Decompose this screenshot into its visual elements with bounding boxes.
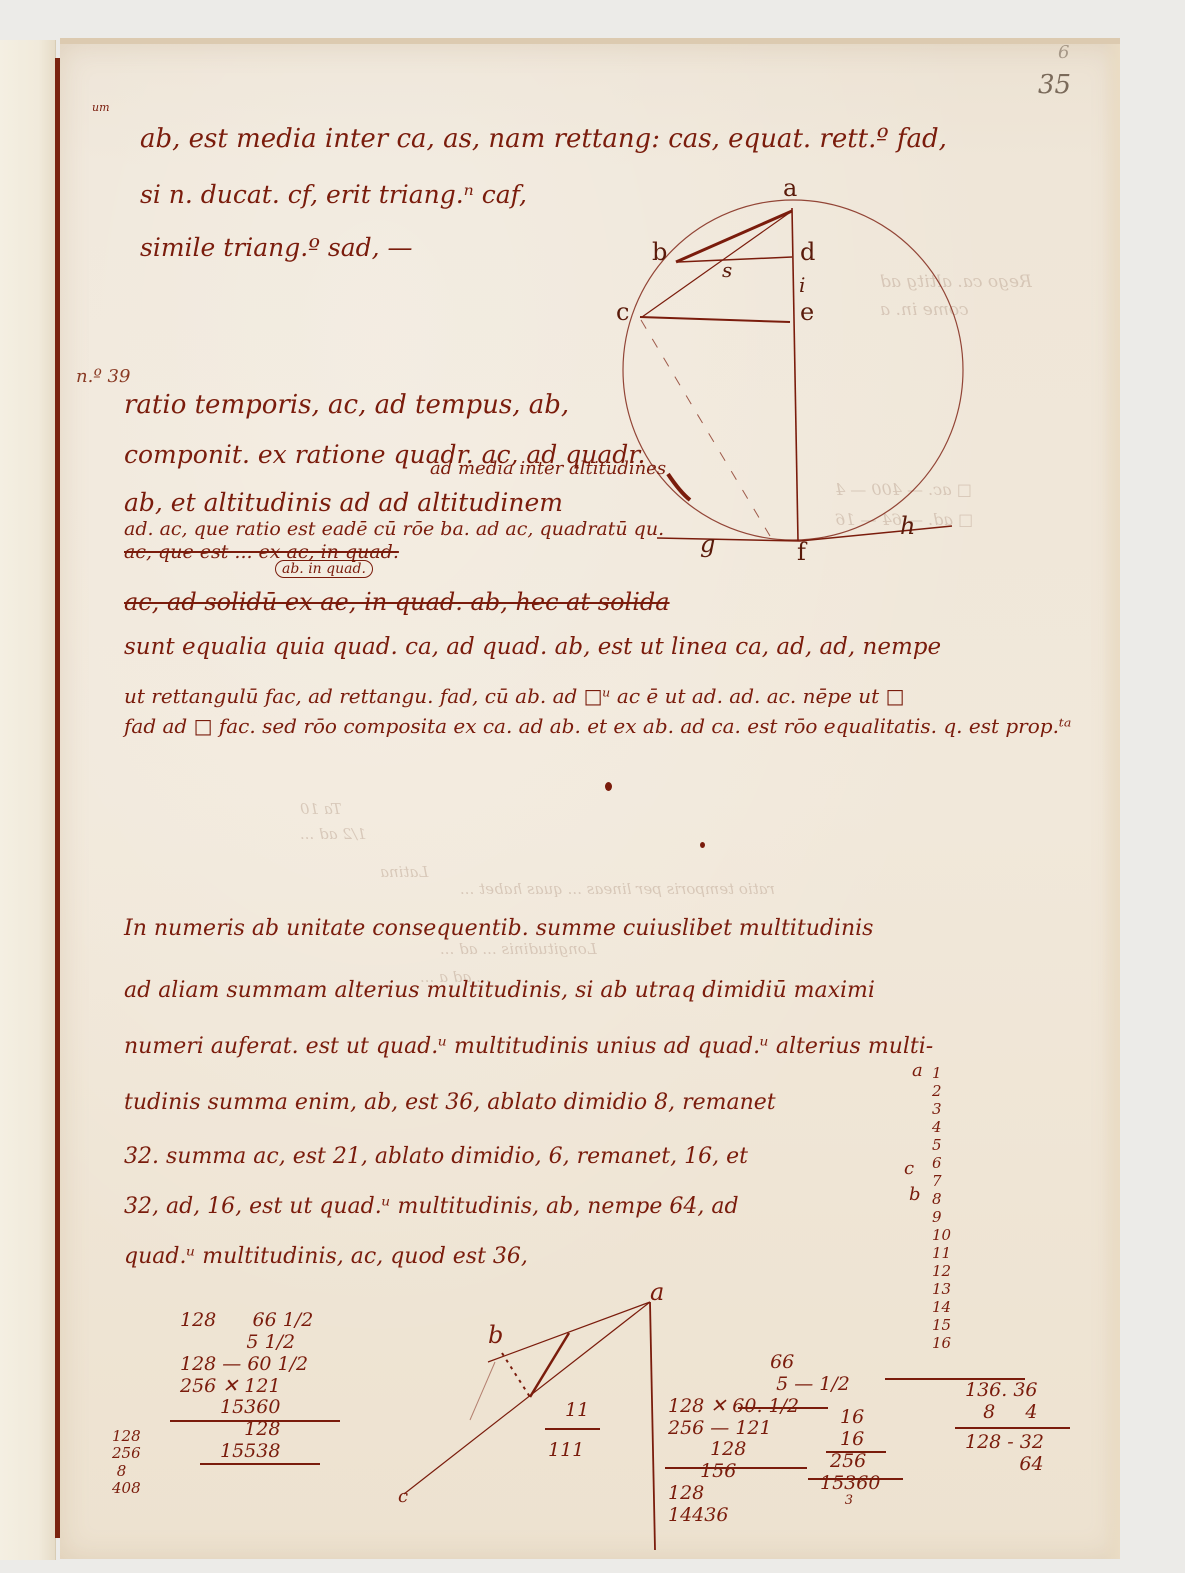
figure-label-a: a — [650, 1280, 664, 1304]
rule-line — [170, 1420, 340, 1422]
text-line: numeri auferat. est ut quad.ᵘ multitudin… — [124, 1036, 933, 1058]
section-marker: n.º 39 — [76, 368, 130, 386]
calc-line: 16 — [820, 1429, 880, 1451]
calc-line: 256 ✕ 121 — [180, 1376, 313, 1398]
calc-line: 66 — [668, 1352, 850, 1374]
point-label-d: d — [800, 240, 815, 264]
text-line: ad aliam summam alterius multitudinis, s… — [124, 980, 875, 1002]
figure-label-c: c — [398, 1488, 408, 1506]
number-item: 5 — [932, 1136, 962, 1154]
rule-line — [808, 1478, 903, 1480]
calc-line: 8 4 — [965, 1402, 1044, 1424]
number-item: 3 — [932, 1100, 962, 1118]
tally-top: 11 — [565, 1400, 589, 1422]
column-label-c: c — [904, 1160, 914, 1178]
number-item: 13 — [932, 1280, 962, 1298]
point-label-a: a — [783, 176, 797, 200]
calc-line: 5 1/2 — [180, 1332, 313, 1354]
boxed-insert: ab. in quad. — [275, 560, 373, 578]
point-label-e: e — [800, 300, 814, 324]
rule-line — [665, 1467, 807, 1469]
text-line: In numeris ab unitate consequentib. summ… — [124, 918, 873, 940]
calc-line: 128 - 32 — [965, 1432, 1044, 1454]
number-item: 2 — [932, 1082, 962, 1100]
text-line: 32. summa ac, est 21, ablato dimidio, 6,… — [124, 1146, 748, 1168]
number-item: 6 — [932, 1154, 962, 1172]
struck-line: ac, ad solidū ex ae, in quad. ab, hec at… — [124, 590, 670, 614]
number-item: 7 — [932, 1172, 962, 1190]
text-line: 32, ad, 16, est ut quad.ᵘ multitudinis, … — [124, 1196, 739, 1218]
text-line: fad ad □ fac. sed rōo composita ex ca. a… — [124, 716, 1071, 736]
number-item: 10 — [932, 1226, 962, 1244]
number-item: 8 — [932, 1190, 962, 1208]
calc-line: 5 — 1/2 — [668, 1374, 850, 1396]
calc-line: 128 — 60 1/2 — [180, 1354, 313, 1376]
text-line: sunt equalia quia quad. ca, ad quad. ab,… — [124, 636, 941, 659]
rule-line — [955, 1427, 1070, 1429]
rule-line — [826, 1451, 886, 1453]
number-item: 1 — [932, 1064, 962, 1082]
calc-line: 136. 36 — [965, 1380, 1044, 1402]
column-label-b: b — [909, 1186, 921, 1204]
number-item: 9 — [932, 1208, 962, 1226]
point-label-g: g — [700, 532, 715, 556]
text-line: tudinis summa enim, ab, est 36, ablato d… — [124, 1092, 776, 1114]
ink-blot — [700, 842, 705, 848]
calc-line: 8 — [112, 1463, 141, 1480]
calc-line: 16 — [820, 1407, 880, 1429]
number-item: 11 — [932, 1244, 962, 1262]
text-line: ut rettangulū fac, ad rettangu. fad, cū … — [124, 686, 904, 706]
figure-label-b: b — [488, 1323, 503, 1347]
triangle-figure — [404, 1302, 655, 1550]
rule-line — [738, 1407, 828, 1409]
point-label-b: b — [652, 240, 667, 264]
column-label-a: a — [912, 1062, 923, 1080]
point-label-s: s — [722, 260, 732, 280]
text-line: ab, et altitudinis ad ad altitudinem — [124, 490, 563, 515]
calc-line: 64 — [965, 1454, 1044, 1476]
point-label-i: i — [799, 275, 805, 295]
text-line: ratio temporis, ac, ad tempus, ab, — [124, 392, 569, 418]
calc-far-left: 128 256 8 408 — [112, 1428, 141, 1497]
calc-line: 15538 — [180, 1441, 313, 1463]
point-label-f: f — [797, 540, 806, 564]
geometry-diagrams — [0, 0, 1185, 1573]
calc-line: 256 — [820, 1451, 880, 1473]
interlinear-insert: ad media inter altitudines — [430, 460, 666, 478]
rule-line — [545, 1428, 600, 1430]
number-item: 16 — [932, 1334, 962, 1352]
point-label-h: h — [900, 514, 915, 538]
number-item: 14 — [932, 1298, 962, 1316]
number-column: 1 2 3 4 5 6 7 8 9 10 11 12 13 14 15 16 — [932, 1064, 962, 1352]
calc-line: 128 — [112, 1428, 141, 1445]
tally-bottom: 111 — [548, 1440, 584, 1462]
circle-diagram — [623, 200, 963, 541]
calc-line: 408 — [112, 1480, 141, 1497]
calc-line: 3 — [820, 1494, 880, 1509]
point-label-c: c — [616, 300, 629, 324]
calc-line: 15360 — [180, 1397, 313, 1419]
calc-line: 128 — [180, 1419, 313, 1441]
number-item: 15 — [932, 1316, 962, 1334]
calc-left: 128 66 1/2 5 1/2 128 — 60 1/2 256 ✕ 121 … — [180, 1310, 313, 1463]
calc-line: 15360 — [820, 1473, 880, 1495]
text-line: ad. ac, que ratio est eadē cū rōe ba. ad… — [124, 520, 664, 539]
text-line: quad.ᵘ multitudinis, ac, quod est 36, — [124, 1246, 528, 1268]
ink-blot — [605, 782, 612, 791]
calc-line: 256 — [112, 1445, 141, 1462]
rule-line — [200, 1463, 320, 1465]
calc-squares: 16 16 256 15360 3 — [820, 1407, 880, 1509]
number-item: 4 — [932, 1118, 962, 1136]
number-item: 12 — [932, 1262, 962, 1280]
calc-line: 128 66 1/2 — [180, 1310, 313, 1332]
